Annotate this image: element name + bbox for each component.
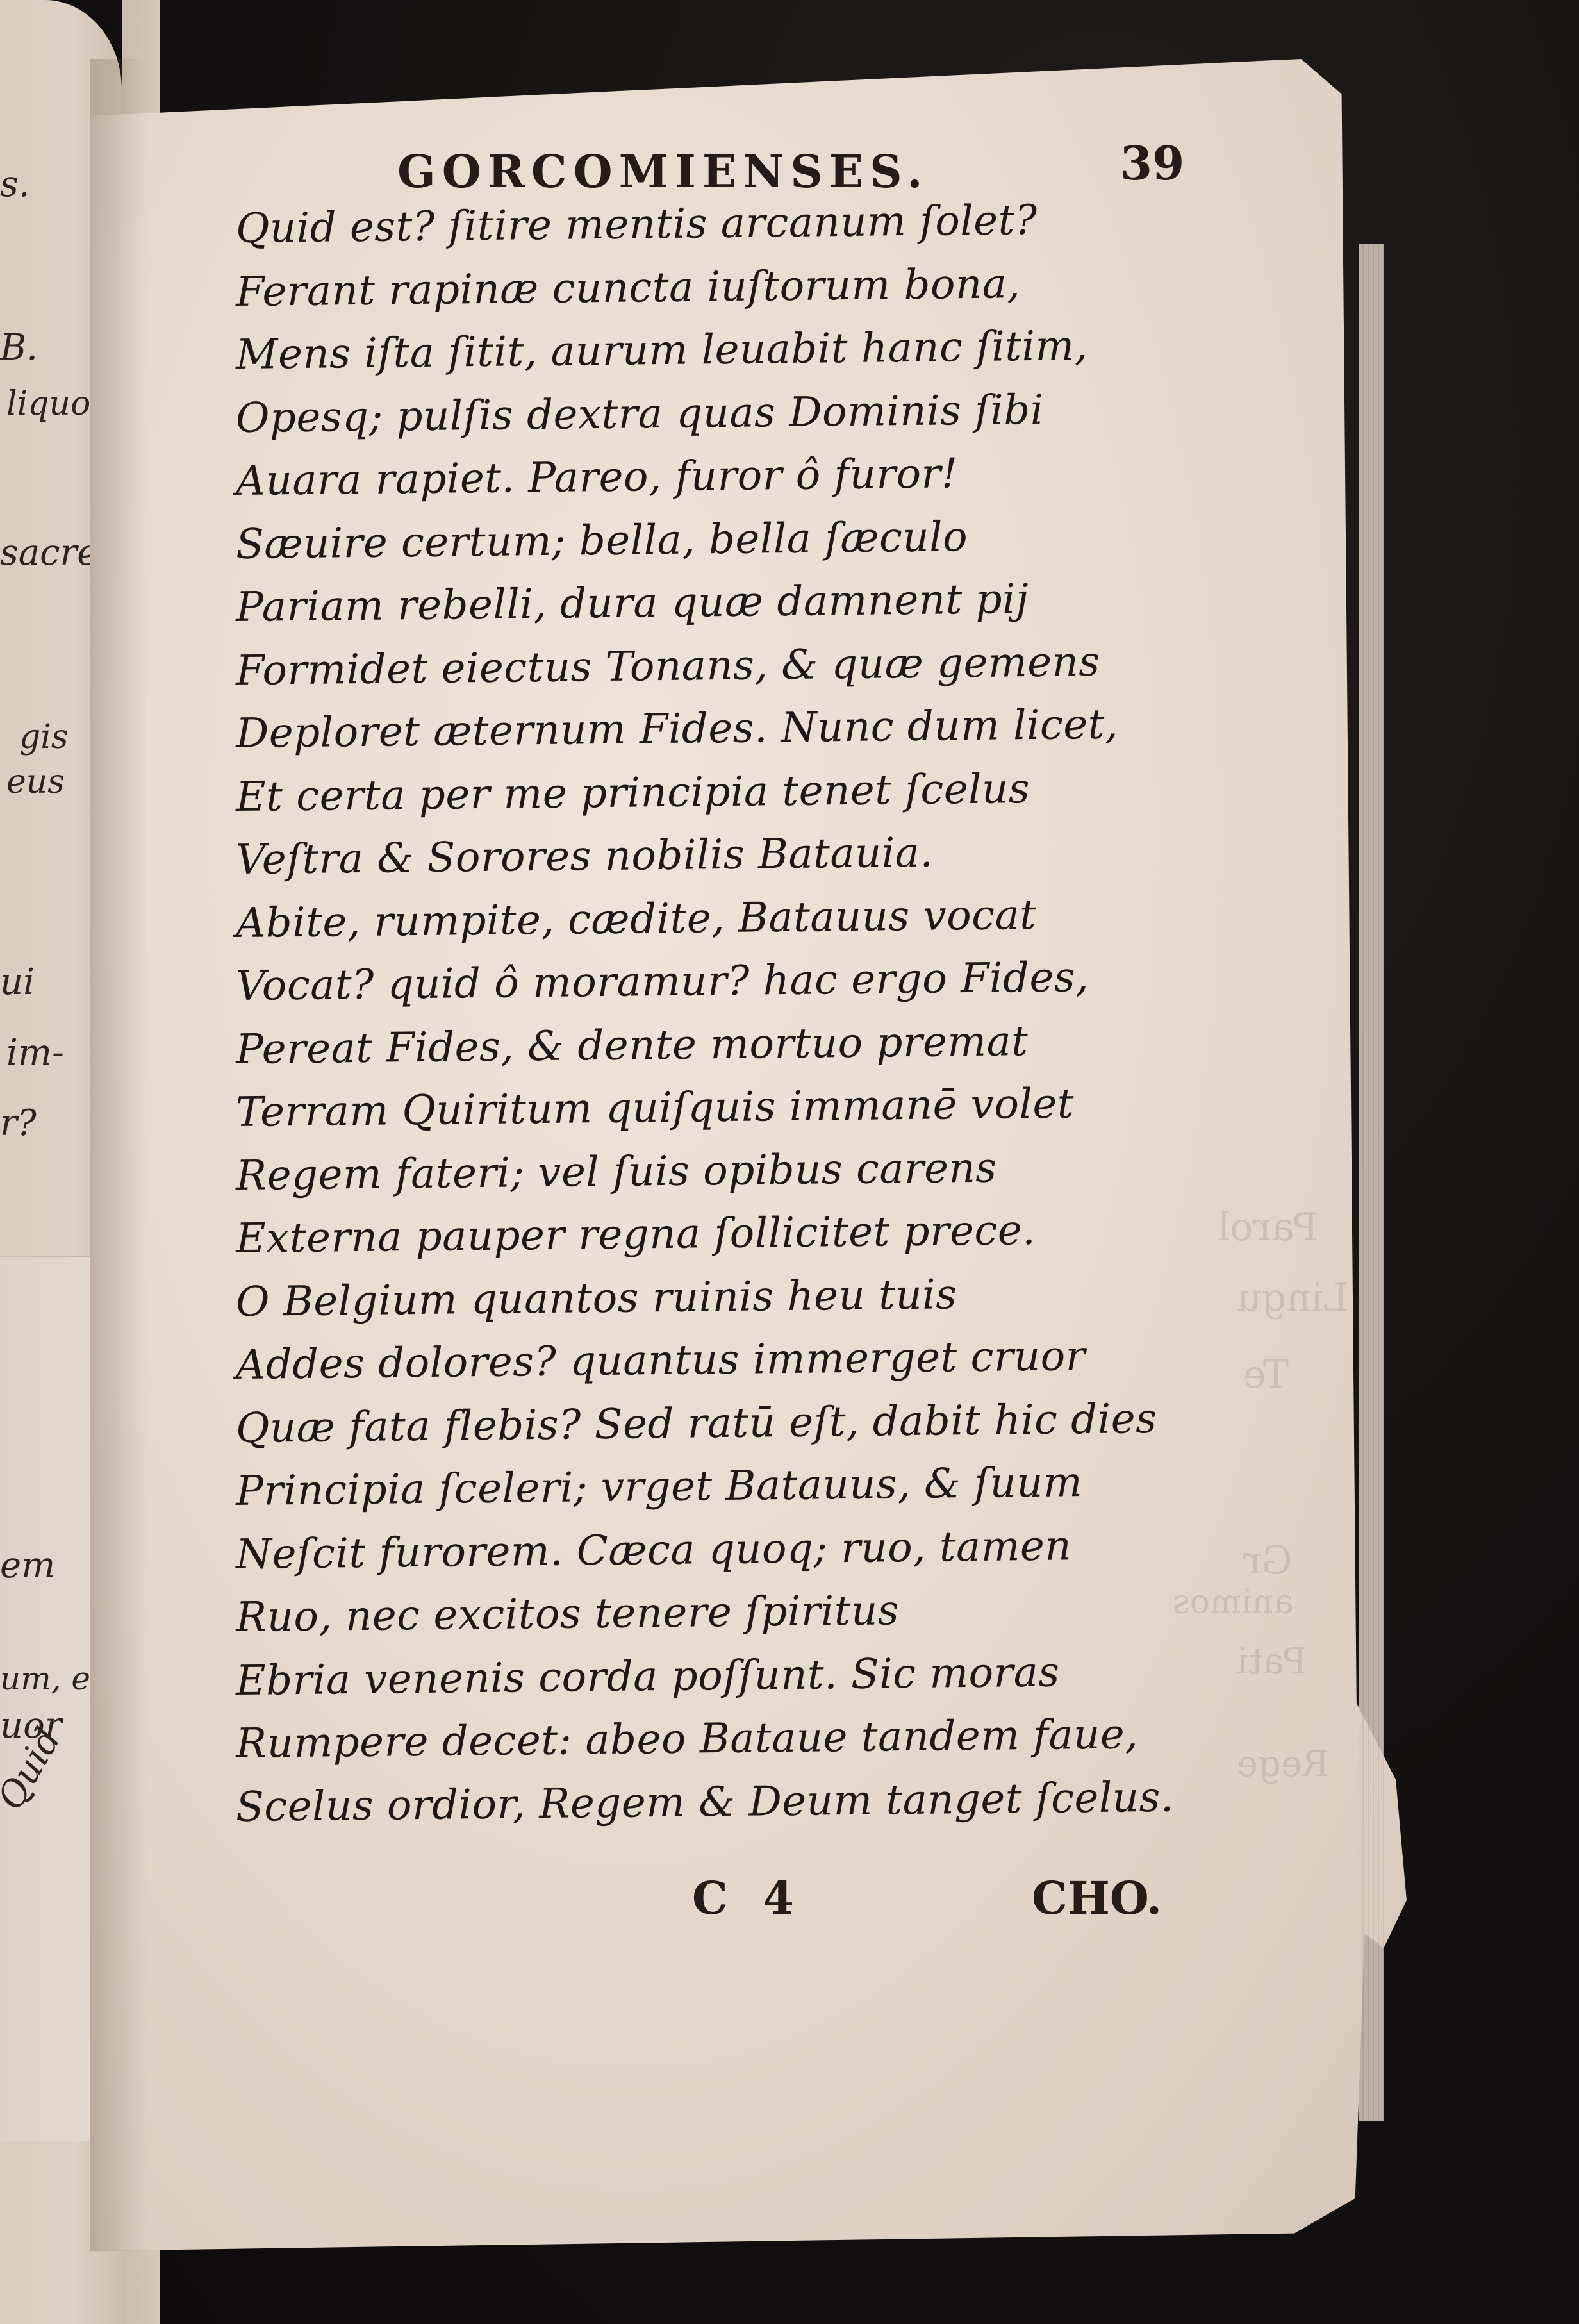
verse-line: Ruo, nec excitos tenere ſpiritus (235, 1575, 1274, 1649)
signature-mark: C 4 (692, 1872, 794, 1925)
verse-line: Externa pauper regna ſollicitet prece. (235, 1197, 1274, 1270)
verse-line: Deploret æternum Fides. Nunc dum licet, (235, 692, 1274, 765)
verse-line: Et certa per me principia tenet ſcelus (235, 755, 1274, 829)
verse-line: Pereat Fides, & dente mortuo premat (235, 1008, 1274, 1081)
left-page-fragment: B. (0, 327, 38, 369)
verse-line: Sæuire certum; bella, bella ſæculo (235, 502, 1274, 576)
verse-line: Terram Quiritum quiſquis immanē volet (235, 1070, 1274, 1144)
left-page-fragment: em (0, 1545, 55, 1586)
verse-line: Regem fateri; vel ſuis opibus carens (235, 1134, 1274, 1208)
left-page-fragment: s. (0, 163, 30, 205)
verse-line: Vocat? quid ô moramur? hac ergo Fides, (235, 944, 1274, 1018)
verse-line: Principia ſceleri; vrget Batauus, & ſuum (235, 1449, 1274, 1523)
verse-line: Auara rapiet. Pareo, furor ô furor! (235, 439, 1274, 513)
left-page-fragment: im- (6, 1032, 64, 1074)
verse-line: Ebria venenis corda poſſunt. Sic moras (235, 1639, 1274, 1713)
left-page-fragment: eus (6, 763, 65, 801)
verse-line: Quid est? ſitire mentis arcanum ſolet? (235, 187, 1274, 260)
left-page-fragment: ui (0, 961, 35, 1003)
page-spine-shadow (90, 59, 147, 2251)
running-head: GORCOMIENSES. (397, 145, 929, 198)
verse-line: Scelus ordior, Regem & Deum tanget ſcelu… (235, 1765, 1274, 1839)
verse-line: Neſcit furorem. Cæca quoq; ruo, tamen (235, 1513, 1274, 1586)
verse-line: Opesq; pulſis dextra quas Dominis ſibi (235, 376, 1274, 450)
verse-line: Ferant rapinæ cuncta iuſtorum bona, (235, 250, 1274, 324)
verse-block: Quid est? ſitire mentis arcanum ſolet? F… (236, 197, 1274, 1839)
page-number: 39 (1120, 136, 1184, 190)
verse-line: Abite, rumpite, cædite, Batauus vocat (235, 881, 1274, 955)
left-page-fragment: sacre (0, 532, 98, 574)
verse-line: Formidet eiectus Tonans, & quæ gemens (235, 629, 1274, 702)
verse-line: Mens iſta ſitit, aurum leuabit hanc ſiti… (235, 313, 1274, 386)
verse-line: Quæ fata flebis? Sed ratū eſt, dabit hic… (235, 1386, 1274, 1460)
left-page-fragment: r? (0, 1102, 37, 1144)
page-edge-stack (1359, 244, 1384, 2121)
verse-line: Addes dolores? quantus immerget cruor (235, 1323, 1274, 1397)
verse-line: Veſtra & Sorores nobilis Batauia. (235, 818, 1274, 892)
left-page-fragment: gis (19, 718, 69, 756)
verse-line: O Belgium quantos ruinis heu tuis (235, 1260, 1274, 1334)
verse-line: Rumpere decet: abeo Bataue tandem faue, (235, 1702, 1274, 1775)
catchword: CHO. (1032, 1872, 1162, 1925)
verse-line: Pariam rebelli, dura quæ damnent pij (235, 565, 1274, 639)
